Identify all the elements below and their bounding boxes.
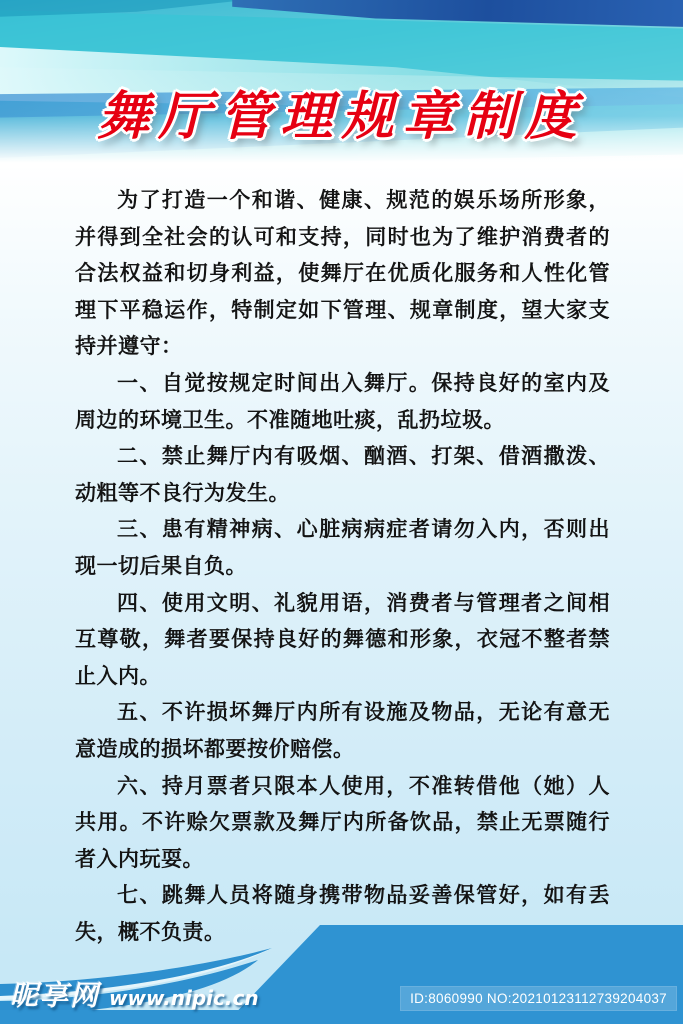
poster-title: 舞厅管理规章制度	[0, 74, 683, 149]
rules-poster: 舞厅管理规章制度 为了打造一个和谐、健康、规范的娱乐场所形象，并得到全社会的认可…	[0, 0, 683, 1024]
rule-paragraph-4: 四、使用文明、礼貌用语，消费者与管理者之间相互尊敬，舞者要保持良好的舞德和形象，…	[75, 585, 610, 695]
rule-paragraph-2: 二、禁止舞厅内有吸烟、酗酒、打架、借酒撒泼、动粗等不良行为发生。	[75, 438, 610, 511]
watermark: 昵享网 www.nipic.cn	[10, 974, 259, 1014]
rule-paragraph-1: 一、自觉按规定时间出入舞厅。保持良好的室内及周边的环境卫生。不准随地吐痰，乱扔垃…	[75, 365, 610, 438]
site-logo: 昵享网	[10, 974, 100, 1014]
rule-paragraph-6: 六、持月票者只限本人使用，不准转借他（她）人共用。不许赊欠票款及舞厅内所备饮品，…	[75, 768, 610, 878]
image-id-badge: ID:8060990 NO:20210123112739204037	[400, 986, 677, 1011]
intro-paragraph: 为了打造一个和谐、健康、规范的娱乐场所形象，并得到全社会的认可和支持，同时也为了…	[75, 182, 610, 365]
rules-text-block: 为了打造一个和谐、健康、规范的娱乐场所形象，并得到全社会的认可和支持，同时也为了…	[75, 182, 610, 950]
rule-paragraph-5: 五、不许损坏舞厅内所有设施及物品，无论有意无意造成的损坏都要按价赔偿。	[75, 694, 610, 767]
rule-paragraph-3: 三、患有精神病、心脏病病症者请勿入内，否则出现一切后果自负。	[75, 511, 610, 584]
site-url: www.nipic.cn	[109, 986, 259, 1010]
